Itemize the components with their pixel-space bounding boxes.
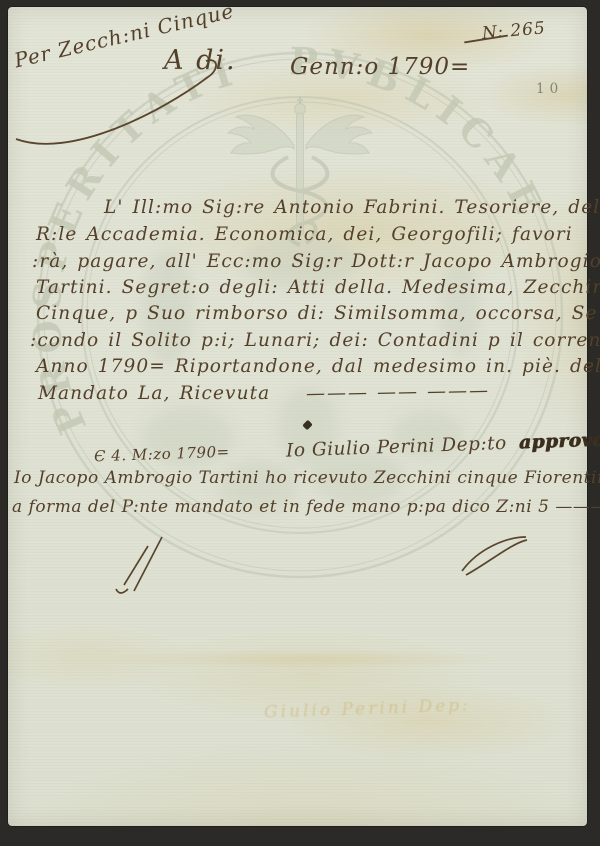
- body-line: Cinque, p Suo rimborso di: Similsomma, o…: [36, 303, 598, 324]
- paper-page: PROSPERITATI PVBLICAE Per Zecch:ni Cinqu…: [8, 7, 587, 826]
- caduceus-icon: [228, 97, 372, 245]
- body-line: Tartini. Segret:o degli: Atti della. Med…: [36, 277, 600, 298]
- paraph-flourish-left: [112, 529, 182, 599]
- page-number-stamp: 10: [536, 81, 563, 97]
- paraph-flourish-right: [454, 527, 534, 582]
- body-line: L' Ill:mo Sig:re Antonio Fabrini. Tesori…: [104, 197, 600, 218]
- receipt-line: a forma del P:nte mandato et in fede man…: [12, 497, 600, 517]
- body-line: :rà, pagare, all' Ecc:mo Sig:r Dott:r Ja…: [32, 251, 600, 272]
- dateline-date: Genn:o 1790=: [290, 54, 470, 80]
- receipt-line: Io Jacopo Ambrogio Tartini ho ricevuto Z…: [14, 468, 600, 488]
- body-line: Mandato La, Ricevuta: [38, 383, 270, 404]
- body-line: :condo il Solito p:i; Lunari; dei: Conta…: [30, 330, 600, 351]
- body-line: Anno 1790= Riportandone, dal medesimo in…: [36, 356, 600, 377]
- body-line: R:le Accademia. Economica, dei, Georgofi…: [36, 224, 573, 245]
- approval-word: approvo: [519, 429, 600, 453]
- dateline-place: A di.: [164, 45, 237, 76]
- body-end-dashes: ——— —— ———: [306, 379, 490, 404]
- document-scan: PROSPERITATI PVBLICAE Per Zecch:ni Cinqu…: [0, 0, 600, 846]
